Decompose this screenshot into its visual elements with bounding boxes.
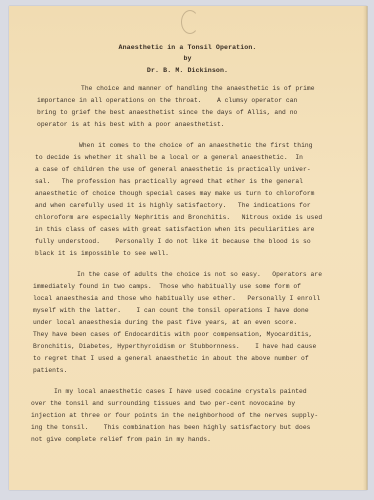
text-line: bring to grief the best anaesthetist sin… [37,109,297,116]
text-line: In the case of adults the choice is not … [77,271,322,278]
text-line: ing the tonsil. This combination has bee… [31,424,311,431]
text-line: fully understood. Personally I do not li… [35,238,311,245]
author-name: Dr. B. M. Dickinson. [9,67,366,74]
text-line: a case of children the use of general an… [35,166,311,173]
typewritten-page: Anaesthetic in a Tonsil Operation. by Dr… [9,6,367,490]
text-line: anaesthetic of choice though special cas… [35,190,315,197]
text-line: The choice and manner of handling the an… [81,85,315,92]
text-line: over the tonsil and surrounding tissues … [31,400,295,407]
text-line: In my local anaesthetic cases I have use… [54,388,307,395]
text-line: and when carefully used it is highly sat… [35,202,311,209]
text-line: not give complete relief from pain in my… [31,436,211,443]
text-line: patients. [33,367,67,374]
text-line: in this class of cases with great satisf… [35,226,315,233]
text-line: myself with the latter. I can count the … [33,307,309,314]
text-line: under local anaesthesia during the past … [33,319,297,326]
text-line: local anaesthesia and those who habitual… [33,295,320,302]
text-line: When it comes to the choice of an anaest… [79,142,313,149]
text-line: sal. The profession has practically agre… [35,178,303,185]
text-line: importance in all operations on the thro… [37,97,297,104]
text-line: to decide is whether it shall be a local… [35,154,303,161]
text-line: immediately found in two camps. Those wh… [33,283,301,290]
text-line: injection at three or four points in the… [31,412,318,419]
text-line: Bronchitis, Diabetes, Hyperthyroidism or… [33,343,316,350]
text-line: They have been cases of Endocarditis wit… [33,331,313,338]
text-line: operator is at his best with a poor anae… [37,121,225,128]
document-title: Anaesthetic in a Tonsil Operation. [9,44,366,51]
text-line: to regret that I used a general anaesthe… [33,355,309,362]
byline: by [9,55,366,62]
text-line: chloroform are especially Nephritis and … [35,214,322,221]
text-line: black it is impossible to see well. [35,250,169,257]
punch-hole-mark [181,10,199,34]
